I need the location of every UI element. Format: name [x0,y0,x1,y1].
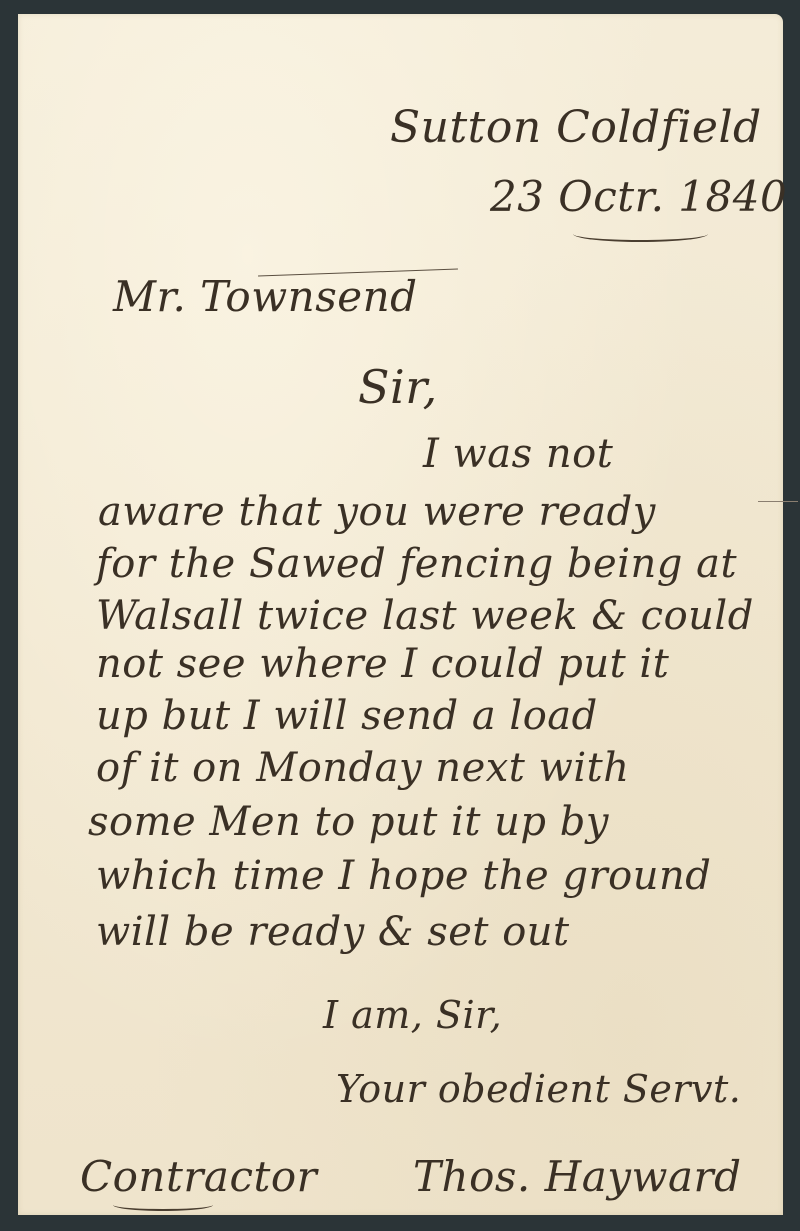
date-flourish [573,226,708,242]
scan-background: Sutton Coldfield 23 Octr. 1840 Mr. Towns… [0,0,800,1231]
letter-date: 23 Octr. 1840 [490,176,787,218]
body-line: I was not [423,434,613,474]
margin-mark [758,501,798,502]
role-flourish [113,1199,213,1211]
letter-salutation: Sir, [358,364,438,410]
letter-valediction: Your obedient Servt. [336,1070,741,1108]
letter-place: Sutton Coldfield [390,106,762,150]
body-line: will be ready & set out [96,912,570,952]
body-line: which time I hope the ground [96,856,711,896]
signer-role: Contractor [80,1156,317,1198]
letter-page: Sutton Coldfield 23 Octr. 1840 Mr. Towns… [18,14,783,1215]
letter-closing: I am, Sir, [323,996,502,1034]
body-line: up but I will send a load [96,696,598,736]
body-line: of it on Monday next with [96,748,629,788]
body-line: for the Sawed fencing being at [96,544,737,584]
letter-signature: Thos. Hayward [413,1156,741,1198]
body-line: not see where I could put it [96,644,669,684]
letter-addressee: Mr. Townsend [113,276,418,318]
body-line: Walsall twice last week & could [96,596,754,636]
body-line: aware that you were ready [98,492,656,532]
body-line: some Men to put it up by [88,802,609,842]
